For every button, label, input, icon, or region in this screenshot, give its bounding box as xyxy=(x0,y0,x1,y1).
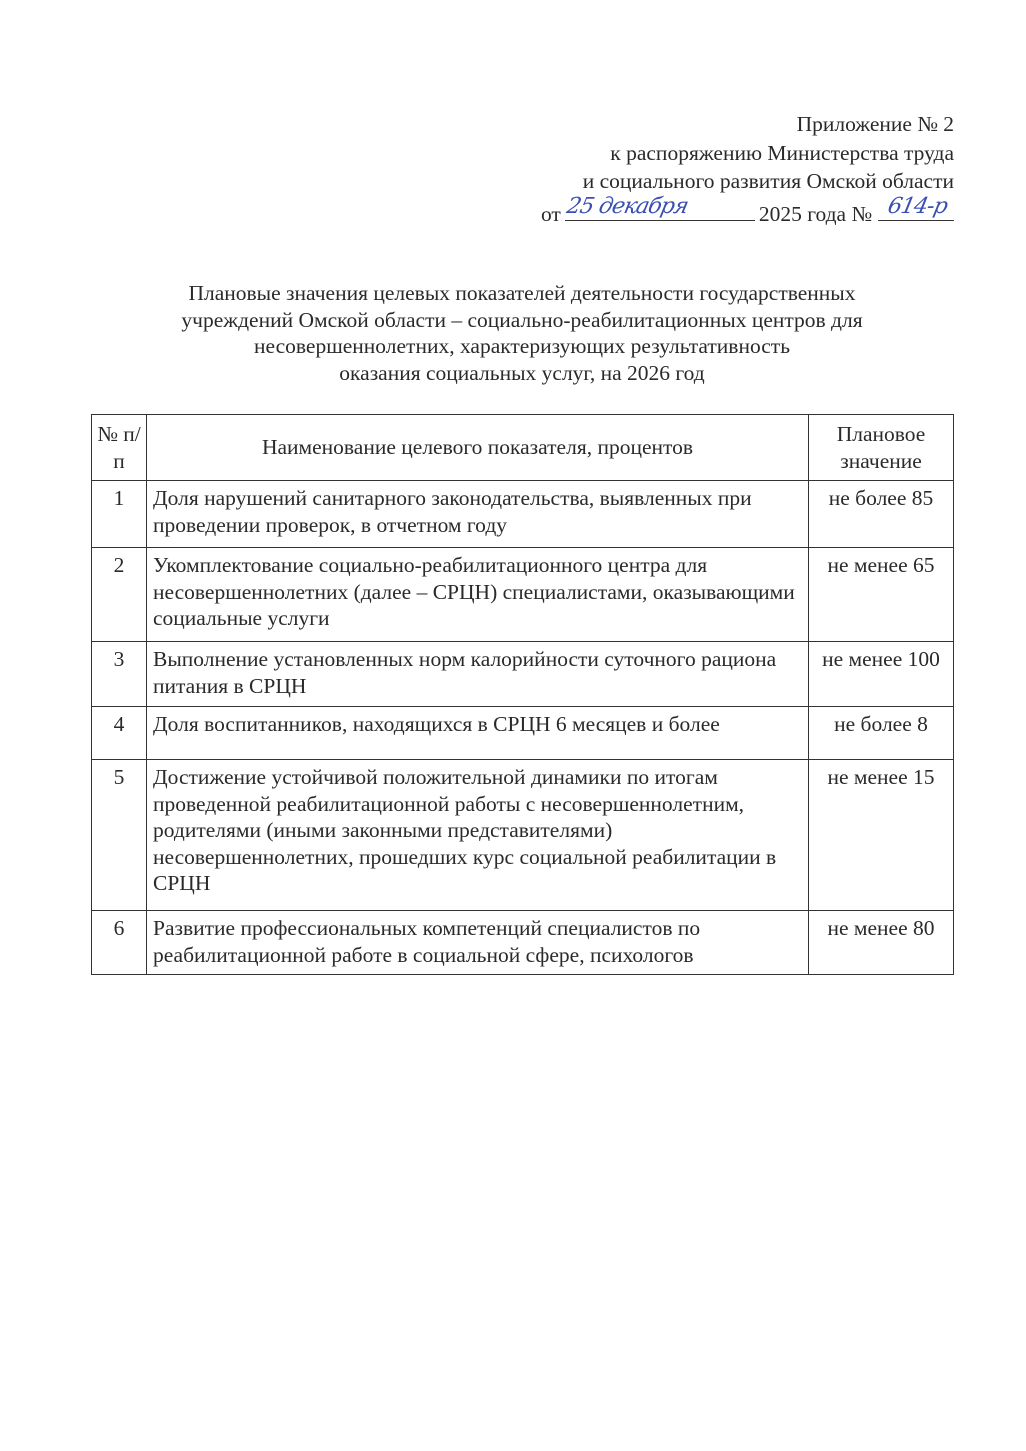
row-num: 1 xyxy=(92,481,147,548)
row-value: не более 85 xyxy=(809,481,954,548)
year-text: 2025 года № xyxy=(759,202,872,226)
row-value: не менее 65 xyxy=(809,548,954,642)
row-value: не более 8 xyxy=(809,707,954,760)
table-row: 2 Укомплектование социально-реабилитацио… xyxy=(92,548,954,642)
header-name: Наименование целевого показателя, процен… xyxy=(147,415,809,481)
document-title: Плановые значения целевых показателей де… xyxy=(90,280,954,386)
title-line: оказания социальных услуг, на 2026 год xyxy=(90,360,954,387)
table-header-row: № п/п Наименование целевого показателя, … xyxy=(92,415,954,481)
row-name: Выполнение установленных норм калорийнос… xyxy=(147,642,809,707)
row-name: Развитие профессиональных компетенций сп… xyxy=(147,911,809,975)
appendix-header: Приложение № 2 к распоряжению Министерст… xyxy=(541,110,954,228)
title-line: учреждений Омской области – социально-ре… xyxy=(90,307,954,334)
header-value: Плановое значение xyxy=(809,415,954,481)
table-row: 1 Доля нарушений санитарного законодател… xyxy=(92,481,954,548)
row-value: не менее 80 xyxy=(809,911,954,975)
handwritten-order-number: 614-р xyxy=(885,193,950,222)
row-name: Достижение устойчивой положительной дина… xyxy=(147,760,809,911)
appendix-number: Приложение № 2 xyxy=(541,110,954,139)
row-num: 4 xyxy=(92,707,147,760)
handwritten-date: 25 декабря xyxy=(564,193,690,222)
table-row: 3 Выполнение установленных норм калорийн… xyxy=(92,642,954,707)
appendix-date-line: от25 декабря2025 года №614-р xyxy=(541,196,954,229)
row-num: 3 xyxy=(92,642,147,707)
appendix-order-reference: к распоряжению Министерства труда xyxy=(541,139,954,168)
date-prefix: от xyxy=(541,202,561,226)
row-name: Укомплектование социально-реабилитационн… xyxy=(147,548,809,642)
table-row: 4 Доля воспитанников, находящихся в СРЦН… xyxy=(92,707,954,760)
order-number-field: 614-р xyxy=(878,196,954,221)
title-line: несовершеннолетних, характеризующих резу… xyxy=(90,333,954,360)
table-row: 6 Развитие профессиональных компетенций … xyxy=(92,911,954,975)
row-num: 2 xyxy=(92,548,147,642)
appendix-ministry: и социального развития Омской области xyxy=(541,167,954,196)
row-name: Доля нарушений санитарного законодательс… xyxy=(147,481,809,548)
row-num: 6 xyxy=(92,911,147,975)
row-value: не менее 100 xyxy=(809,642,954,707)
date-field: 25 декабря xyxy=(565,196,755,221)
title-line: Плановые значения целевых показателей де… xyxy=(90,280,954,307)
indicators-table: № п/п Наименование целевого показателя, … xyxy=(91,414,954,975)
row-value: не менее 15 xyxy=(809,760,954,911)
header-num: № п/п xyxy=(92,415,147,481)
row-num: 5 xyxy=(92,760,147,911)
row-name: Доля воспитанников, находящихся в СРЦН 6… xyxy=(147,707,809,760)
table-row: 5 Достижение устойчивой положительной ди… xyxy=(92,760,954,911)
